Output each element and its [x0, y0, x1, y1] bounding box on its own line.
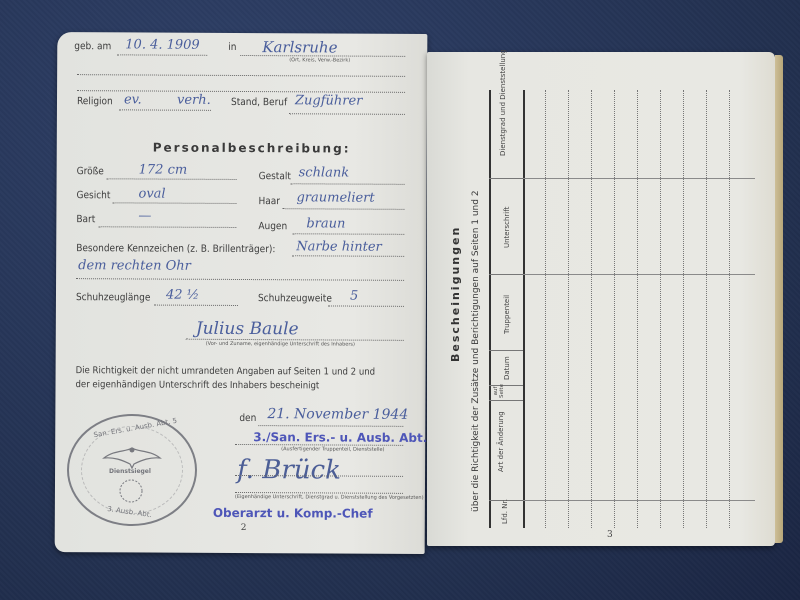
- col-art-der-aenderung: Art der Änderung: [497, 411, 506, 472]
- bart-label: Bart: [76, 214, 95, 225]
- groesse-value: 172 cm: [139, 162, 188, 177]
- stand-beruf-label: Stand, Beruf: [231, 97, 287, 108]
- dotted-line: [117, 54, 207, 55]
- table-row: [706, 90, 707, 528]
- schuhweite-value: 5: [350, 289, 358, 304]
- holder-signature: Julius Baule: [196, 319, 299, 340]
- right-page: Bescheinigungen über die Richtigkeit der…: [427, 52, 775, 546]
- col-auf-seite: auf Seite: [493, 384, 505, 398]
- born-label: geb. am: [74, 41, 111, 52]
- rank-stamp: Oberarzt u. Komp.-Chef: [213, 506, 373, 521]
- dotted-line: [258, 425, 403, 427]
- table-row: [591, 90, 592, 528]
- religion-label: Religion: [77, 96, 113, 107]
- header-separator: [489, 400, 523, 401]
- haar-value: graumeliert: [296, 190, 374, 205]
- table-row: [614, 90, 615, 528]
- certification-line-1: Die Richtigkeit der nicht umrandeten Ang…: [76, 365, 376, 378]
- page-number-left: 2: [241, 523, 247, 533]
- table-row: [683, 90, 684, 528]
- page-number-right: 3: [607, 530, 613, 540]
- unit-hint: (Ausfertigender Truppenteil, Dienststell…: [281, 446, 384, 453]
- birth-date: 10. 4. 1909: [125, 37, 200, 52]
- in-label: in: [228, 42, 236, 53]
- augen-value: braun: [306, 216, 345, 231]
- gestalt-label: Gestalt: [259, 171, 291, 182]
- official-seal: San. Ers. u. Ausb. Abt. 5 Dienstsiegel 3…: [67, 414, 197, 526]
- certification-date: 21. November 1944: [267, 406, 408, 423]
- dotted-line: [292, 233, 404, 235]
- den-label: den: [239, 413, 256, 424]
- col-dienstgrad: Dienstgrad und Dienststellung: [499, 49, 508, 156]
- birth-place: Karlsruhe: [262, 38, 337, 56]
- table-row: [660, 90, 661, 528]
- augen-label: Augen: [258, 221, 287, 232]
- gestalt-value: schlank: [299, 165, 350, 180]
- seal-center-text: Dienstsiegel: [109, 468, 151, 475]
- wreath-emblem-icon: [116, 478, 146, 504]
- groesse-label: Größe: [77, 166, 104, 177]
- dotted-line: [76, 278, 404, 281]
- certification-line-2: der eigenhändigen Unterschrift des Inhab…: [75, 379, 319, 391]
- col-truppenteil: Truppenteil: [503, 295, 512, 334]
- dotted-line: [282, 208, 404, 210]
- col-lfd-nr: Lfd. Nr.: [501, 499, 510, 524]
- column-divider: [523, 178, 755, 179]
- dotted-line: [328, 305, 404, 306]
- table-row: [568, 90, 569, 528]
- schuhlaenge-label: Schuhzeuglänge: [76, 292, 150, 303]
- officer-signature: f. Brück: [237, 455, 341, 486]
- eagle-icon: [102, 442, 162, 470]
- kennzeichen-value-2: dem rechten Ohr: [78, 258, 191, 274]
- gesicht-label: Gesicht: [76, 190, 110, 201]
- dotted-line: [289, 113, 405, 115]
- section-title: Personalbeschreibung:: [153, 141, 351, 156]
- header-separator: [489, 178, 523, 179]
- dotted-line: [98, 226, 236, 228]
- table-row: [637, 90, 638, 528]
- officer-hint: (Eigenhändige Unterschrift, Dienstgrad u…: [235, 494, 424, 501]
- dotted-line: [291, 183, 405, 185]
- right-page-title: Bescheinigungen: [449, 226, 462, 362]
- dotted-line: [107, 178, 237, 180]
- place-hint: (Ort, Kreis, Verw.-Bezirk): [289, 57, 350, 63]
- dotted-line: [77, 74, 405, 77]
- bart-value: —: [138, 208, 151, 223]
- kennzeichen-label: Besondere Kennzeichen (z. B. Brillenträg…: [76, 243, 275, 255]
- header-separator: [489, 274, 523, 275]
- table-border-header: [523, 90, 525, 528]
- dotted-line: [112, 202, 236, 204]
- occupation-value: Zugführer: [295, 93, 362, 108]
- holder-signature-hint: (Vor- und Zuname, eigenhändige Unterschr…: [206, 341, 355, 348]
- dotted-line: [154, 305, 238, 306]
- table-row: [545, 90, 546, 528]
- gesicht-value: oval: [138, 186, 165, 201]
- column-divider: [523, 500, 755, 501]
- dotted-line: [292, 255, 404, 257]
- col-unterschrift: Unterschrift: [503, 207, 512, 248]
- schuhweite-label: Schuhzeugweite: [258, 293, 332, 304]
- column-divider: [523, 274, 755, 275]
- haar-label: Haar: [258, 196, 280, 207]
- table-row: [729, 90, 730, 528]
- col-datum: Datum: [503, 356, 512, 380]
- schuhlaenge-value: 42 ½: [166, 288, 199, 303]
- table-border-left: [489, 90, 491, 528]
- dotted-line: [119, 109, 211, 110]
- unit-stamp: 3./San. Ers.- u. Ausb. Abt. 5: [253, 430, 440, 445]
- right-page-subtitle: über die Richtigkeit der Zusätze und Ber…: [471, 190, 481, 512]
- kennzeichen-value-1: Narbe hinter: [296, 239, 382, 254]
- marital-value: verh.: [177, 93, 211, 108]
- header-separator: [489, 350, 523, 351]
- religion-value: ev.: [124, 92, 142, 107]
- book-cover-edge: [775, 55, 783, 543]
